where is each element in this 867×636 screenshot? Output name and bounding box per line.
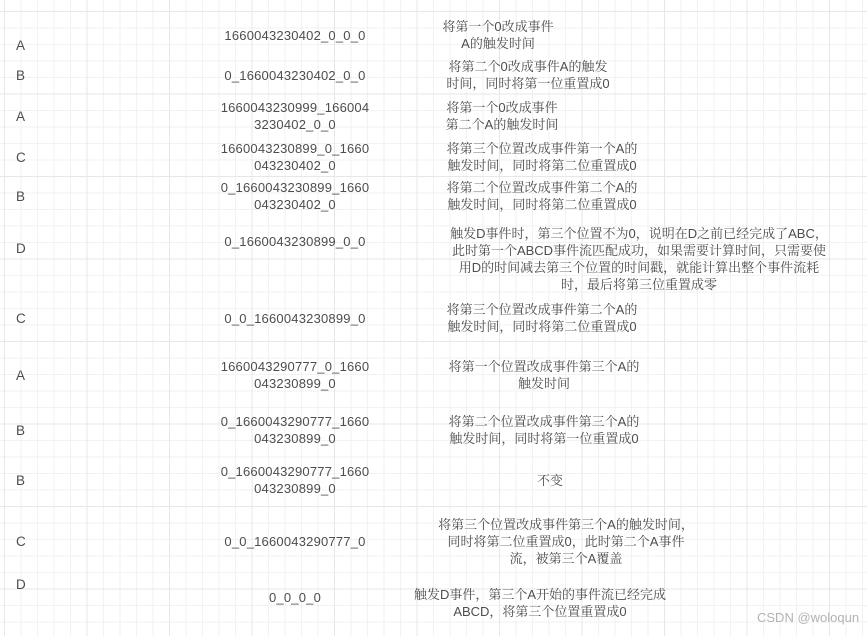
desc-line: 流，被第三个A覆盖 [510, 550, 623, 567]
state-line: 0_1660043230899_0_0 [224, 233, 365, 250]
desc-line: 触发D事件时，第三个位置不为0，说明在D之前已经完成了ABC， [450, 225, 828, 242]
event-letter: B [16, 188, 25, 205]
desc-line: 将第三个位置改成事件第一个A的 [447, 140, 638, 157]
state-line: 1660043230402_0_0_0 [224, 27, 365, 44]
table-row: D0_1660043230899_0_0触发D事件时，第三个位置不为0，说明在D… [0, 222, 867, 296]
desc-line: 将第三个位置改成事件第二个A的 [447, 301, 638, 318]
event-cell: C [16, 300, 46, 336]
state-cell: 0_1660043290777_1660043230899_0 [193, 412, 397, 448]
event-cell: C [16, 512, 46, 570]
state-line: 043230899_0 [254, 430, 336, 447]
event-cell: B [16, 462, 46, 498]
desc-line: 触发时间，同时将第二位重置成0 [447, 196, 636, 213]
event-letter: A [16, 37, 25, 54]
table-row: C0_0_1660043230899_0将第三个位置改成事件第二个A的触发时间，… [0, 300, 867, 336]
desc-cell: 不变 [415, 462, 685, 498]
desc-line: 触发时间，同时将第二位重置成0 [447, 157, 636, 174]
desc-line: 将第二个位置改成事件第二个A的 [447, 179, 638, 196]
state-line: 0_0_1660043230899_0 [224, 310, 365, 327]
state-cell: 1660043230899_0_1660043230402_0 [193, 140, 397, 174]
state-line: 043230402_0 [254, 157, 336, 174]
desc-line: 同时将第二位重置成0，此时第二个A事件 [448, 533, 685, 550]
desc-line: 将第二个0改成事件A的触发 [449, 58, 608, 75]
event-letter: C [16, 310, 26, 327]
desc-cell: 触发D事件，第三个A开始的事件流已经完成ABCD，将第三个位置重置成0 [405, 574, 675, 620]
event-cell: D [16, 574, 46, 620]
desc-cell: 将第二个位置改成事件第三个A的触发时间，同时将第一位重置成0 [409, 412, 679, 448]
state-line: 1660043290777_0_1660 [221, 358, 370, 375]
desc-line: 触发时间，同时将第一位重置成0 [449, 430, 638, 447]
state-line: 0_1660043230899_1660 [221, 179, 370, 196]
desc-cell: 将第二个0改成事件A的触发时间，同时将第一位重置成0 [393, 58, 663, 92]
desc-line: 将第一个0改成事件 [446, 99, 557, 116]
event-letter: B [16, 422, 25, 439]
desc-cell: 将第三个位置改成事件第二个A的触发时间，同时将第二位重置成0 [407, 300, 677, 336]
desc-cell: 将第二个位置改成事件第二个A的触发时间，同时将第二位重置成0 [407, 178, 677, 214]
table-row: A1660043230999_1660043230402_0_0将第一个0改成事… [0, 99, 867, 133]
desc-line: 时，最后将第三位重置成零 [561, 276, 717, 293]
event-letter: B [16, 472, 25, 489]
state-line: 043230402_0 [254, 196, 336, 213]
desc-line: 时间，同时将第一位重置成0 [446, 75, 609, 92]
event-letter: B [16, 67, 25, 84]
state-cell: 1660043290777_0_1660043230899_0 [193, 355, 397, 395]
state-line: 043230899_0 [254, 375, 336, 392]
state-line: 0_0_1660043290777_0 [224, 533, 365, 550]
event-letter: A [16, 367, 25, 384]
table-row: B0_1660043230402_0_0将第二个0改成事件A的触发时间，同时将第… [0, 58, 867, 92]
desc-line: 第二个A的触发时间 [446, 116, 559, 133]
table-row: C0_0_1660043290777_0将第三个位置改成事件第三个A的触发时间，… [0, 512, 867, 570]
desc-line: 将第一个0改成事件 [442, 18, 553, 35]
event-letter: C [16, 533, 26, 550]
state-cell: 0_1660043230899_1660043230402_0 [193, 178, 397, 214]
desc-cell: 将第三个位置改成事件第三个A的触发时间，同时将第二位重置成0，此时第二个A事件流… [432, 512, 700, 570]
state-line: 0_1660043290777_1660 [221, 463, 370, 480]
desc-line: A的触发时间 [461, 35, 535, 52]
event-cell: C [16, 140, 46, 174]
event-cell: A [16, 355, 46, 395]
table-row: B0_1660043230899_1660043230402_0将第二个位置改成… [0, 178, 867, 214]
event-letter: D [16, 576, 26, 593]
table-row: D0_0_0_0触发D事件，第三个A开始的事件流已经完成ABCD，将第三个位置重… [0, 574, 867, 620]
table-row: A1660043290777_0_1660043230899_0将第一个位置改成… [0, 355, 867, 395]
desc-line: 将第三个位置改成事件第三个A的触发时间， [438, 516, 694, 533]
event-cell: A [16, 99, 46, 133]
desc-line: 不变 [537, 472, 563, 489]
state-line: 1660043230899_0_1660 [221, 140, 370, 157]
state-cell: 0_0_1660043290777_0 [193, 512, 397, 570]
csdn-watermark: CSDN @woloqun [757, 609, 859, 626]
desc-cell: 将第三个位置改成事件第一个A的触发时间，同时将第二位重置成0 [407, 140, 677, 174]
grid-canvas: A1660043230402_0_0_0将第一个0改成事件A的触发时间B0_16… [0, 0, 867, 636]
state-line: 0_0_0_0 [269, 589, 321, 606]
event-cell: B [16, 178, 46, 214]
table-row: B0_1660043290777_1660043230899_0不变 [0, 462, 867, 498]
desc-cell: 将第一个0改成事件A的触发时间 [363, 16, 633, 54]
state-line: 1660043230999_166004 [221, 99, 370, 116]
state-cell: 0_1660043230899_0_0 [193, 222, 397, 296]
state-cell: 0_1660043290777_1660043230899_0 [193, 462, 397, 498]
table-row: C1660043230899_0_1660043230402_0将第三个位置改成… [0, 140, 867, 174]
event-letter: D [16, 240, 26, 257]
event-cell: B [16, 412, 46, 448]
desc-line: 用D的时间减去第三个位置的时间戳，就能计算出整个事件流耗 [459, 259, 819, 276]
event-cell: D [16, 222, 46, 296]
desc-line: 将第一个位置改成事件第三个A的 [449, 358, 640, 375]
desc-cell: 将第一个位置改成事件第三个A的触发时间 [409, 355, 679, 395]
table-row: B0_1660043290777_1660043230899_0将第二个位置改成… [0, 412, 867, 448]
state-line: 043230899_0 [254, 480, 336, 497]
state-cell: 0_0_1660043230899_0 [193, 300, 397, 336]
state-line: 0_1660043230402_0_0 [224, 67, 365, 84]
desc-line: 此时第一个ABCD事件流匹配成功，如果需要计算时间，只需要使 [452, 242, 826, 259]
desc-cell: 将第一个0改成事件第二个A的触发时间 [367, 99, 637, 133]
table-row: A1660043230402_0_0_0将第一个0改成事件A的触发时间 [0, 16, 867, 54]
desc-cell: 触发D事件时，第三个位置不为0，说明在D之前已经完成了ABC，此时第一个ABCD… [428, 222, 850, 296]
desc-line: 触发时间 [518, 375, 570, 392]
event-letter: A [16, 108, 25, 125]
event-cell: A [16, 16, 46, 56]
event-cell: B [16, 58, 46, 92]
state-line: 3230402_0_0 [254, 116, 336, 133]
desc-line: ABCD，将第三个位置重置成0 [453, 603, 626, 620]
desc-line: 将第二个位置改成事件第三个A的 [449, 413, 640, 430]
state-cell: 0_1660043230402_0_0 [193, 58, 397, 92]
state-cell: 0_0_0_0 [193, 574, 397, 620]
desc-line: 触发D事件，第三个A开始的事件流已经完成 [414, 586, 666, 603]
desc-line: 触发时间，同时将第二位重置成0 [447, 318, 636, 335]
state-line: 0_1660043290777_1660 [221, 413, 370, 430]
event-letter: C [16, 149, 26, 166]
